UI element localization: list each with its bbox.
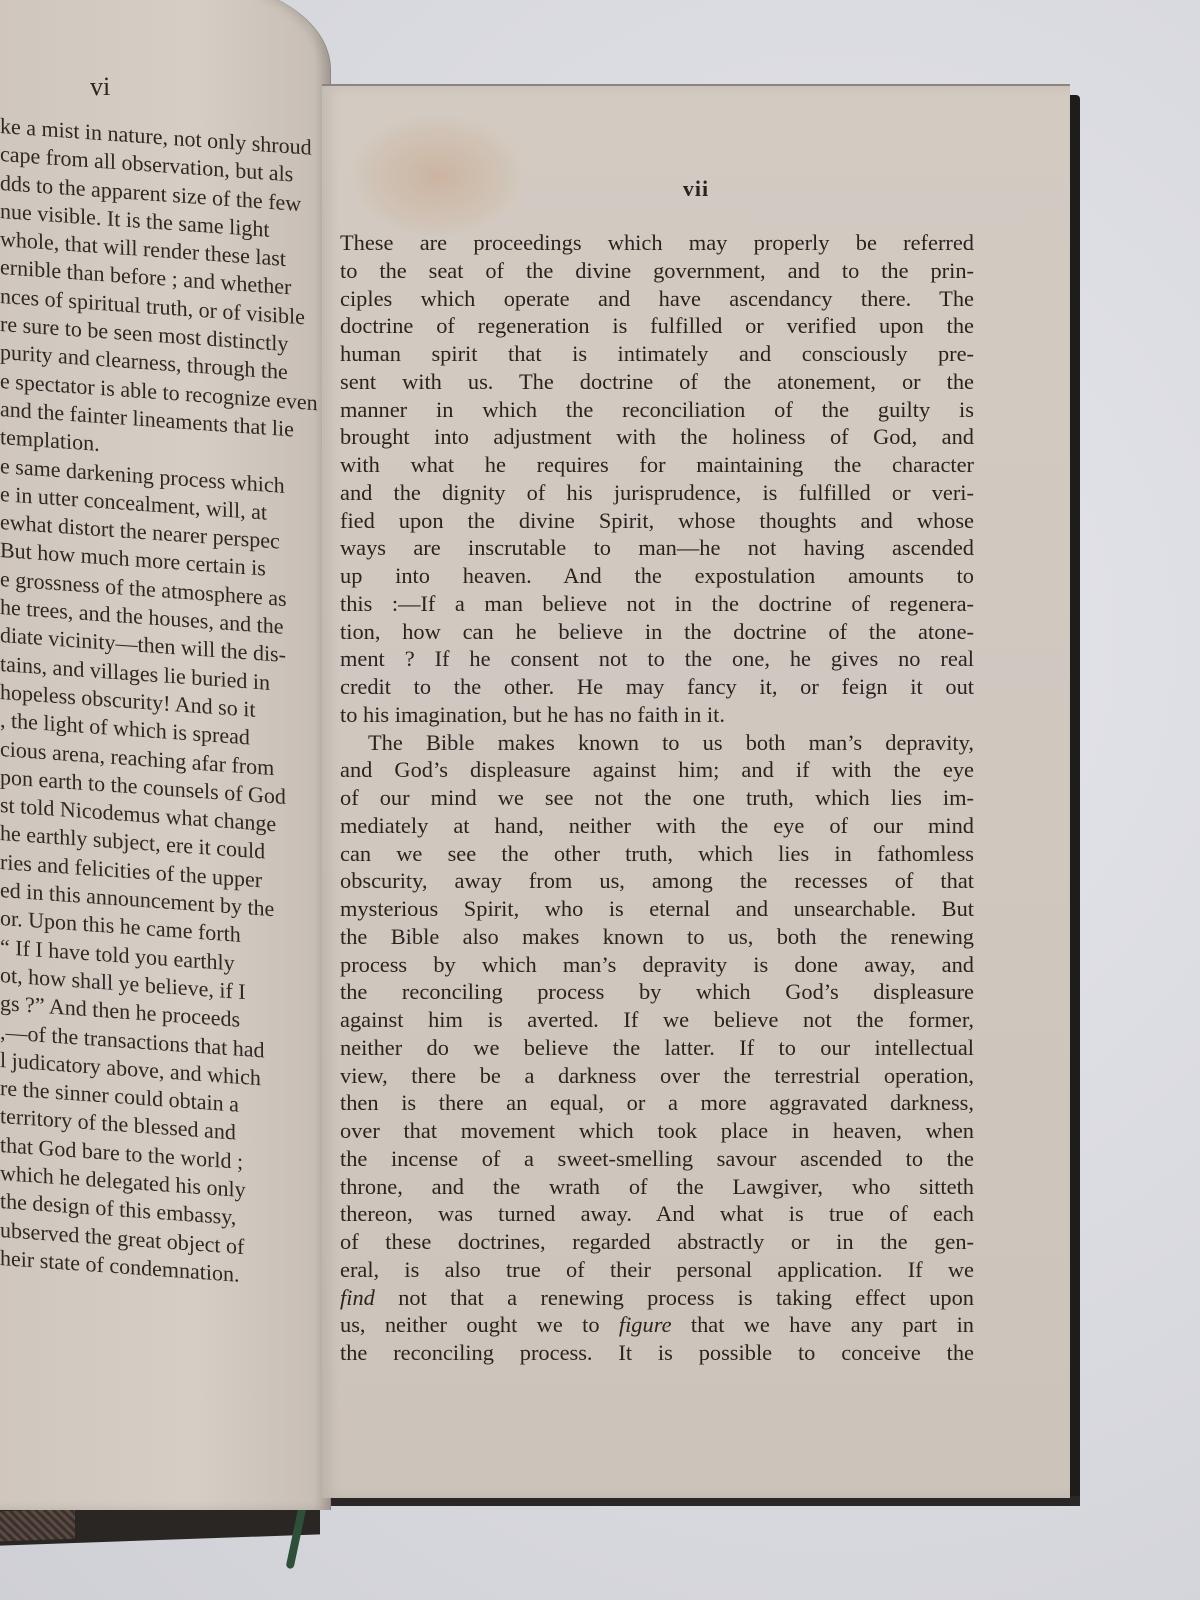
text-line: the Bible also makes known to us, both t… [340,923,974,951]
text-line: view, there be a darkness over the terre… [340,1062,974,1090]
text-line: manner in which the reconciliation of th… [340,396,974,424]
text-line: The Bible makes known to us both man’s d… [340,729,974,757]
paragraph-2: The Bible makes known to us both man’s d… [340,729,974,1284]
text-line: over that movement which took place in h… [340,1117,974,1145]
text-line: fied upon the divine Spirit, whose thoug… [340,507,974,535]
text-line: the reconciling process. It is possible … [340,1339,974,1367]
paragraph-1: These are proceedings which may properly… [340,229,974,729]
text-line: sent with us. The doctrine of the atonem… [340,368,974,396]
book-cover-edge [1070,95,1080,1505]
text-line: tion, how can he believe in the doctrine… [340,618,974,646]
text-line: ways are inscrutable to man—he not havin… [340,534,974,562]
right-page-text: These are proceedings which may properly… [340,229,974,1367]
text-line: credit to the other. He may fancy it, or… [340,673,974,701]
text-line: up into heaven. And the expostulation am… [340,562,974,590]
text-line: find not that a renewing process is taki… [340,1284,974,1312]
right-page-number: vii [322,176,1070,202]
text-line: with what he requires for maintaining th… [340,451,974,479]
italic-word: find [340,1285,375,1310]
text-line: throne, and the wrath of the Lawgiver, w… [340,1173,974,1201]
right-page: vii These are proceedings which may prop… [322,84,1070,1498]
text-line: to the seat of the divine government, an… [340,257,974,285]
text-line: can we see the other truth, which lies i… [340,840,974,868]
book-cloth-spine [0,1509,75,1542]
text-line: thereon, was turned away. And what is tr… [340,1200,974,1228]
text-line: ment ? If he consent not to the one, he … [340,645,974,673]
text-line: obscurity, away from us, among the reces… [340,867,974,895]
text-line: to his imagination, but he has no faith … [340,701,974,729]
text-line: of these doctrines, regarded abstractly … [340,1228,974,1256]
left-page-text: ke a mist in nature, not only shroudcape… [0,112,320,1295]
text-line: mediately at hand, neither with the eye … [340,812,974,840]
text-line: human spirit that is intimately and cons… [340,340,974,368]
text-line: process by which man’s depravity is done… [340,951,974,979]
text-line: against him is averted. If we believe no… [340,1006,974,1034]
text-line: doctrine of regeneration is fulfilled or… [340,312,974,340]
text-line: mysterious Spirit, who is eternal and un… [340,895,974,923]
text-line: the reconciling process by which God’s d… [340,978,974,1006]
text-line: and God’s displeasure against him; and i… [340,756,974,784]
text-line: of our mind we see not the one truth, wh… [340,784,974,812]
text-line: us, neither ought we to figure that we h… [340,1311,974,1339]
left-page: vi ke a mist in nature, not only shroudc… [0,0,331,1510]
text-line: brought into adjustment with the holines… [340,423,974,451]
text-line: this :—If a man believe not in the doctr… [340,590,974,618]
text-line: eral, is also true of their personal app… [340,1256,974,1284]
text-line: ciples which operate and have ascendancy… [340,285,974,313]
left-page-number: vi [90,72,110,102]
text-line: then is there an equal, or a more aggrav… [340,1089,974,1117]
text-line: These are proceedings which may properly… [340,229,974,257]
text-line: neither do we believe the latter. If to … [340,1034,974,1062]
text-line: and the dignity of his jurisprudence, is… [340,479,974,507]
text-line: the incense of a sweet-smelling savour a… [340,1145,974,1173]
italic-word: figure [619,1312,672,1337]
